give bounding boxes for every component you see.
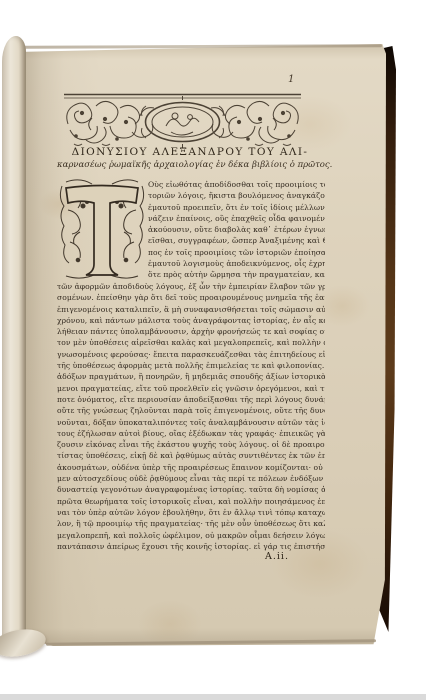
text-line: ἐμαυτοῦ προειπεῖν, ὅτι ἐν τοῖς ἰδίοις μέ… xyxy=(148,202,325,213)
text-line: δυναστείᾳ γεγονότων ἀναγραφομένας ἱστορί… xyxy=(57,484,325,495)
text-line: πρῶτα θεωρήματα τοῖς ἱστορικοῖς εἶναι, κ… xyxy=(57,496,325,507)
text-line: γνωσομένοις φερούσας· ἔπειτα παρασκευάζε… xyxy=(57,349,325,360)
text-line: εῖσθαι, συγγραφέων, ὥσπερ Ἀναξιμένης καὶ… xyxy=(148,235,325,246)
text-line: λον, ἢ τῷ προοιμίῳ τῆς πραγματείας· τῆς … xyxy=(57,518,325,529)
text-line: τοριῶν λόγοις, ἥκιστα βουλόμενος ἀναγκάζ… xyxy=(148,190,325,201)
text-line: ἀκούουσιν, οὔτε διαβολὰς καθ᾽ ἑτέρων ἐγν… xyxy=(148,224,325,235)
signature-mark: A.ii. xyxy=(265,551,289,562)
drop-cap-woodcut-icon: T xyxy=(56,176,148,282)
text-line: τους ἐζήλωσαν αὐτοὶ βίους, οἵας ἐξέδωκαν… xyxy=(57,428,325,439)
text-line: ζουσιν εἰκόνας εἶναι τῆς ἑκάστου ψυχῆς τ… xyxy=(57,439,325,450)
text-line: νοῦνται, δόξαν ὑποκαταλιπόντες τοῖς ἀναλ… xyxy=(57,417,325,428)
text-line: μενοι πραγματείας, εἴτε τοῦ προελθεῖν εἰ… xyxy=(57,383,325,394)
text-line: λήθειαν πάντες ὑπολαμβάνουσιν, ἀρχὴν φρο… xyxy=(57,326,325,337)
facing-leaf-curl xyxy=(2,36,26,640)
headpiece-woodcut-icon xyxy=(62,92,303,148)
text-line: ἀκουσμάτων, οὐδένα ὑπὲρ τῆς προαιρέσεως … xyxy=(57,462,325,473)
text-line: μεγαλοπρεπῆ, καὶ πολλοῖς ὠφέλιμον, οὐ μα… xyxy=(57,530,325,541)
text-line: χρόνου, καὶ πάντων μάλιστα τοὺς ἀναγράφο… xyxy=(57,315,325,326)
text-line: τῆς ὑποθέσεως ἀφορμὰς μετὰ πολλῆς ἐπιμελ… xyxy=(57,360,325,371)
opening-text-full-block: τῶν ἀφορμῶν ἀποδιδοὺς λόγους, ἐξ ὧν τὴν … xyxy=(57,281,325,552)
text-line: ὅτε πρὸς αὐτὴν ὥρμησα τὴν πραγματείαν, κ… xyxy=(148,269,325,280)
text-line: ποτε ὀνόματος, εἴτε περιουσίαν ἀποδείξασ… xyxy=(57,394,325,405)
text-line: τίστας ὑποθέσεις, εἰκῇ δὲ καὶ ῥᾳθύμως αὐ… xyxy=(57,450,325,461)
text-line: ἐμαυτοῦ λογισμοὺς ἀποδεικνύμενος, οἷς ἐχ… xyxy=(148,258,325,269)
text-line: σομένων. ἐπείσθην γὰρ ὅτι δεῖ τοὺς προαι… xyxy=(57,292,325,303)
book-photo: 1 xyxy=(0,0,426,700)
text-line: νάζειν ἐπαίνοις, οὓς ἐπαχθεῖς οἶδα φαινο… xyxy=(148,213,325,224)
text-line: τον μὲν ὑποθέσεις αἱρεῖσθαι καλὰς καὶ με… xyxy=(57,337,325,348)
text-line: μεν αὐτοσχεδίους οὐδὲ ῥᾳθύμους εἶναι τὰς… xyxy=(57,473,325,484)
opening-text-indented-block: Οὺς εἰωθότας ἀποδίδοσθαι τοῖς προοιμίοις… xyxy=(148,179,325,281)
text-line: τῶν ἀφορμῶν ἀποδιδοὺς λόγους, ἐξ ὧν τὴν … xyxy=(57,281,325,292)
text-line: ἀδόξων πραγμάτων, ἢ πονηρῶν, ἢ μηδεμιᾶς … xyxy=(57,371,325,382)
text-line: Οὺς εἰωθότας ἀποδίδοσθαι τοῖς προοιμίοις… xyxy=(148,179,325,190)
photo-bottom-strip xyxy=(0,694,426,700)
title-line-greek-caps: ΔΙΟΝΥΣΙΟΥ ΑΛΕΞΑΝΔΡΟΥ ΤΟΥ ΑΛΙ- xyxy=(57,146,323,158)
text-line: ναι τὸν ὑπὲρ αὐτῶν λόγον ἐβουλήθην, ὅτι … xyxy=(57,507,325,518)
title-line-subtitle: καρνασέως ῥωμαϊκῆς ἀρχαιολογίας ἐν δέκα … xyxy=(57,160,323,170)
folio-number: 1 xyxy=(288,74,308,85)
text-line: οὔτε τῆς γνώσεως ζηλοῦνται παρὰ τοῖς ἐπι… xyxy=(57,405,325,416)
text-line: ἐπιγενομένοις καταλιπεῖν, ἃ μὴ συναφανισ… xyxy=(57,304,325,315)
text-line: πος ἐν τοῖς προοιμίοις τῶν ἱστοριῶν ἐποί… xyxy=(148,247,325,258)
